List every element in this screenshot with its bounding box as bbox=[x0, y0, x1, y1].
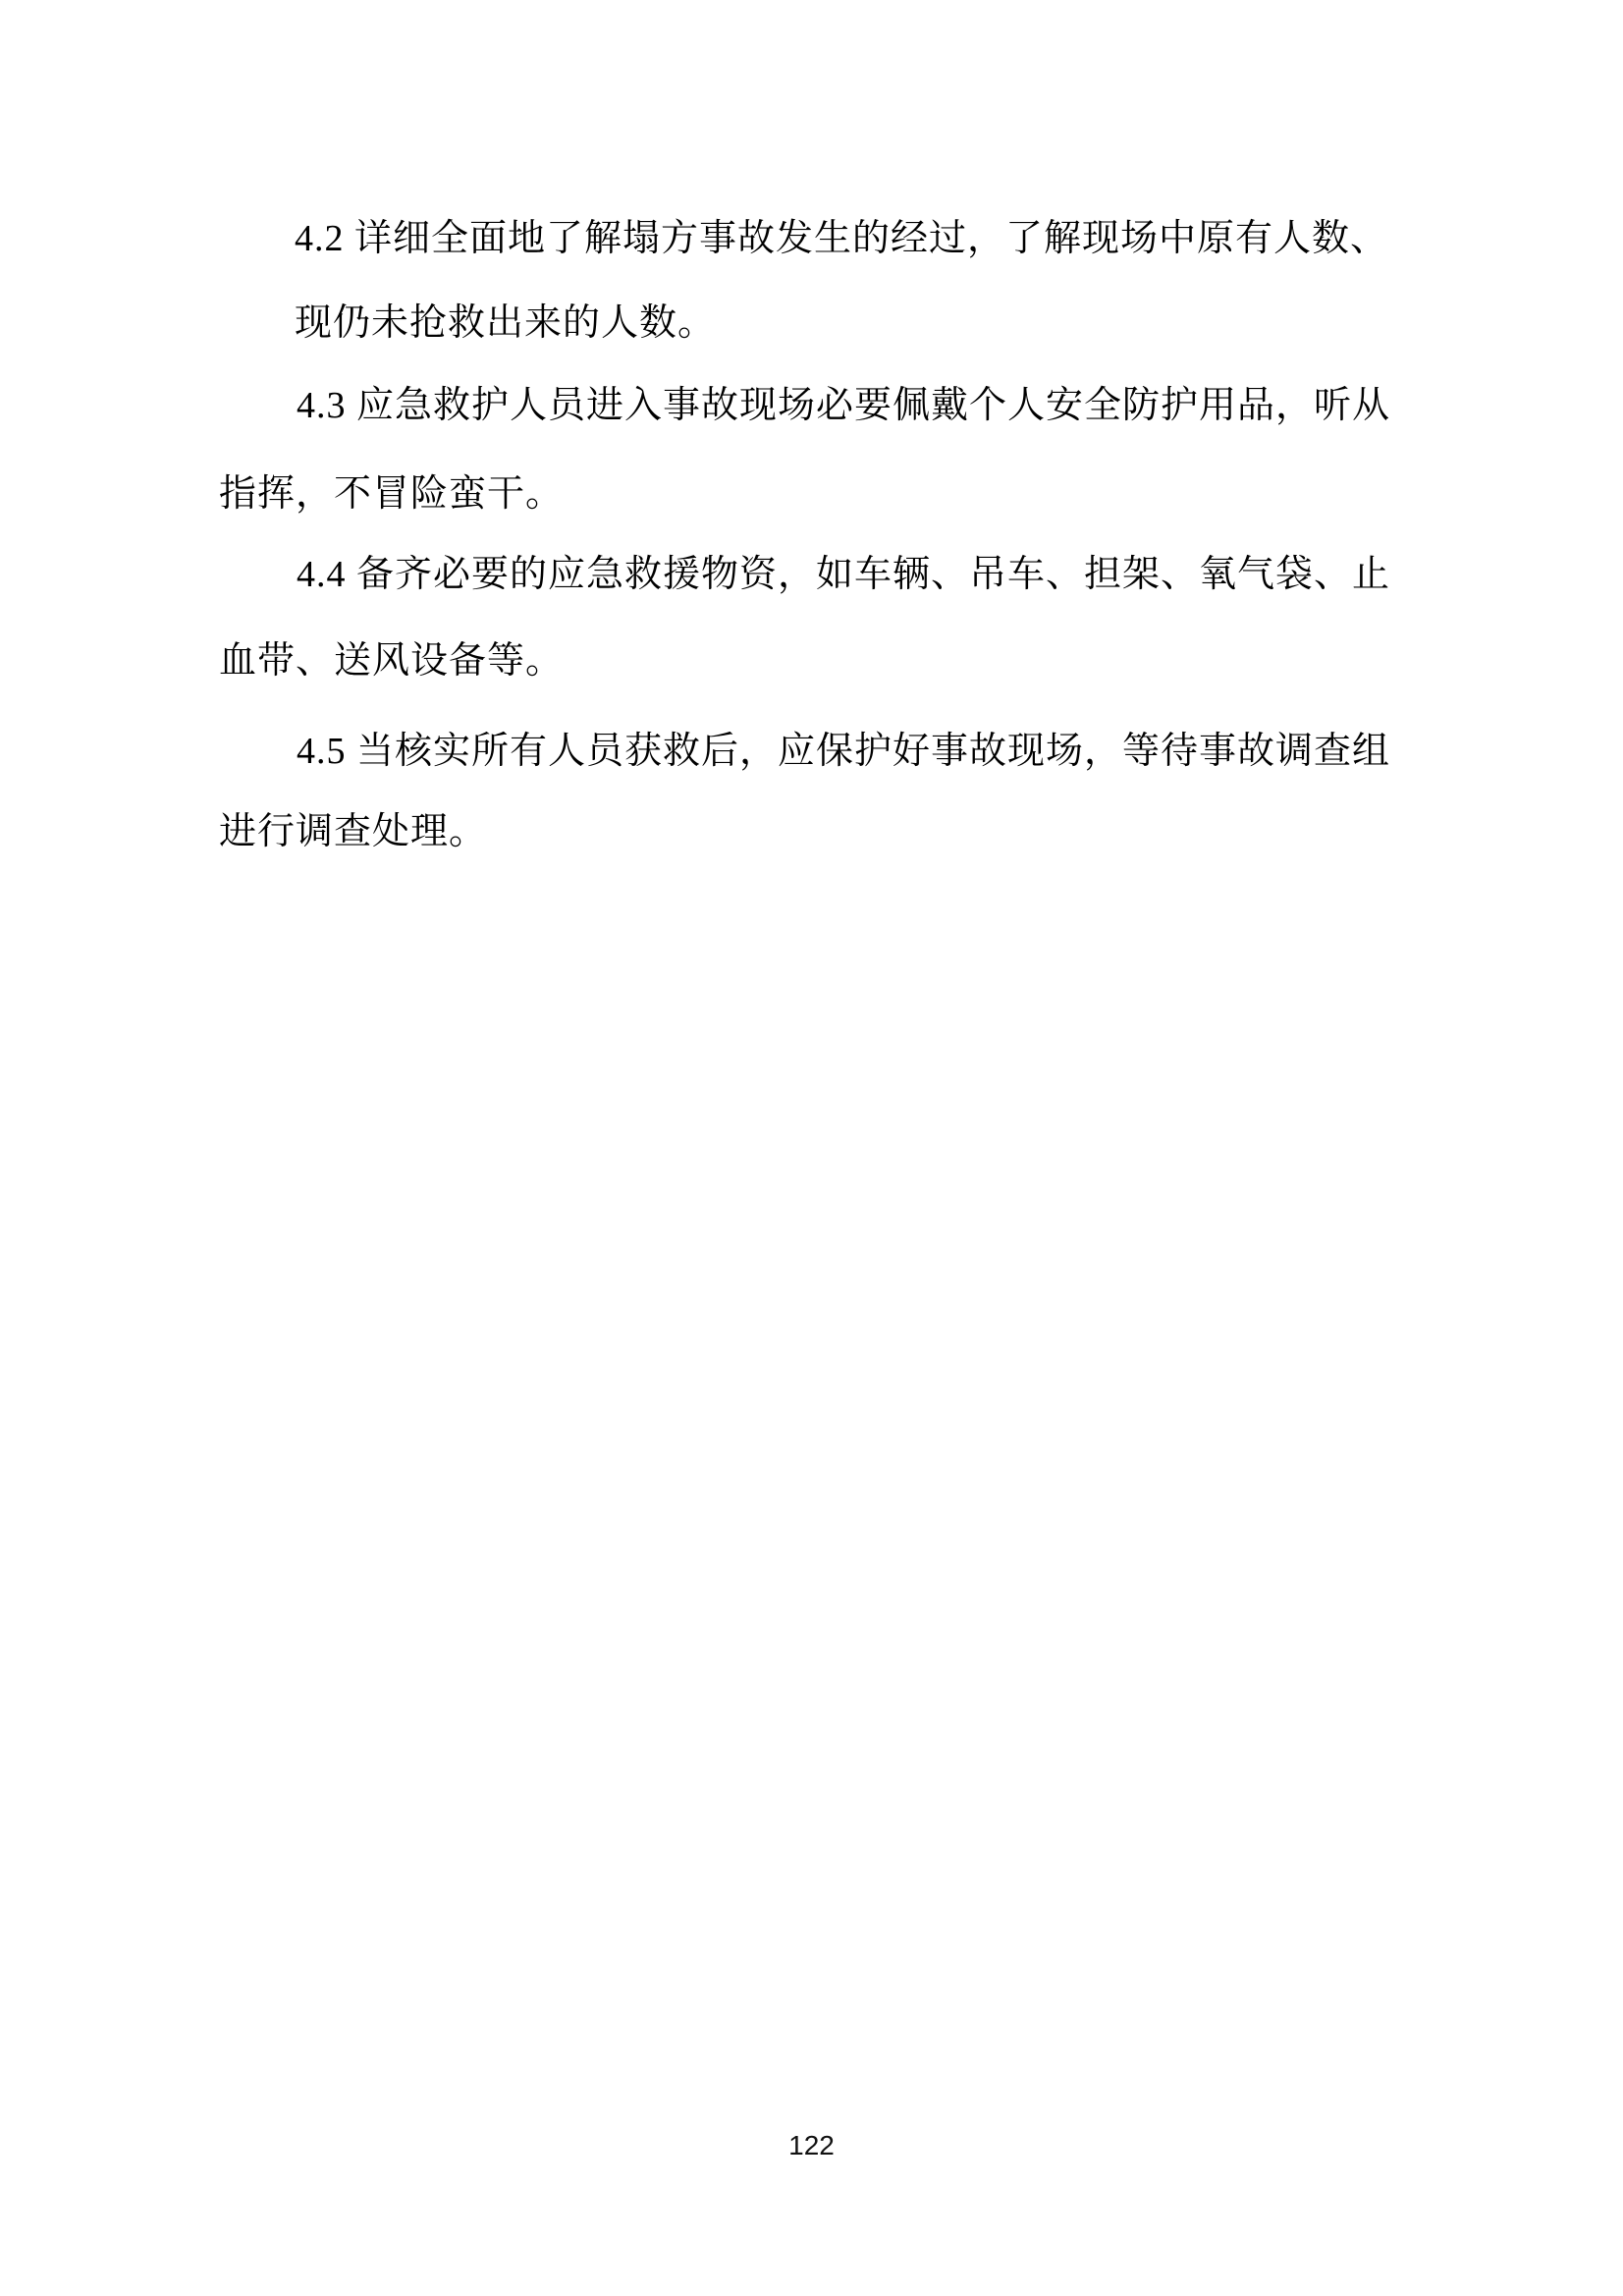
paragraph-4-5-line-2: 进行调查处理。 bbox=[219, 809, 487, 854]
paragraph-4-3-line-1: 4.3 应急救护人员进入事故现场必要佩戴个人安全防护用品，听从 bbox=[297, 383, 1390, 428]
paragraph-4-3-line-2: 指挥，不冒险蛮干。 bbox=[219, 471, 564, 517]
paragraph-4-4-line-1: 4.4 备齐必要的应急救援物资，如车辆、吊车、担架、氧气袋、止 bbox=[297, 552, 1390, 597]
paragraph-4-2-line-1: 4.2 详细全面地了解塌方事故发生的经过，了解现场中原有人数、 bbox=[295, 216, 1388, 261]
page-number: 122 bbox=[0, 2131, 1623, 2160]
paragraph-4-2-line-2: 现仍未抢救出来的人数。 bbox=[295, 301, 716, 346]
paragraph-4-4-line-2: 血带、送风设备等。 bbox=[219, 638, 564, 683]
paragraph-4-5-line-1: 4.5 当核实所有人员获救后，应保护好事故现场，等待事故调查组 bbox=[297, 729, 1390, 774]
document-page: 4.2 详细全面地了解塌方事故发生的经过，了解现场中原有人数、 现仍未抢救出来的… bbox=[0, 0, 1623, 2296]
